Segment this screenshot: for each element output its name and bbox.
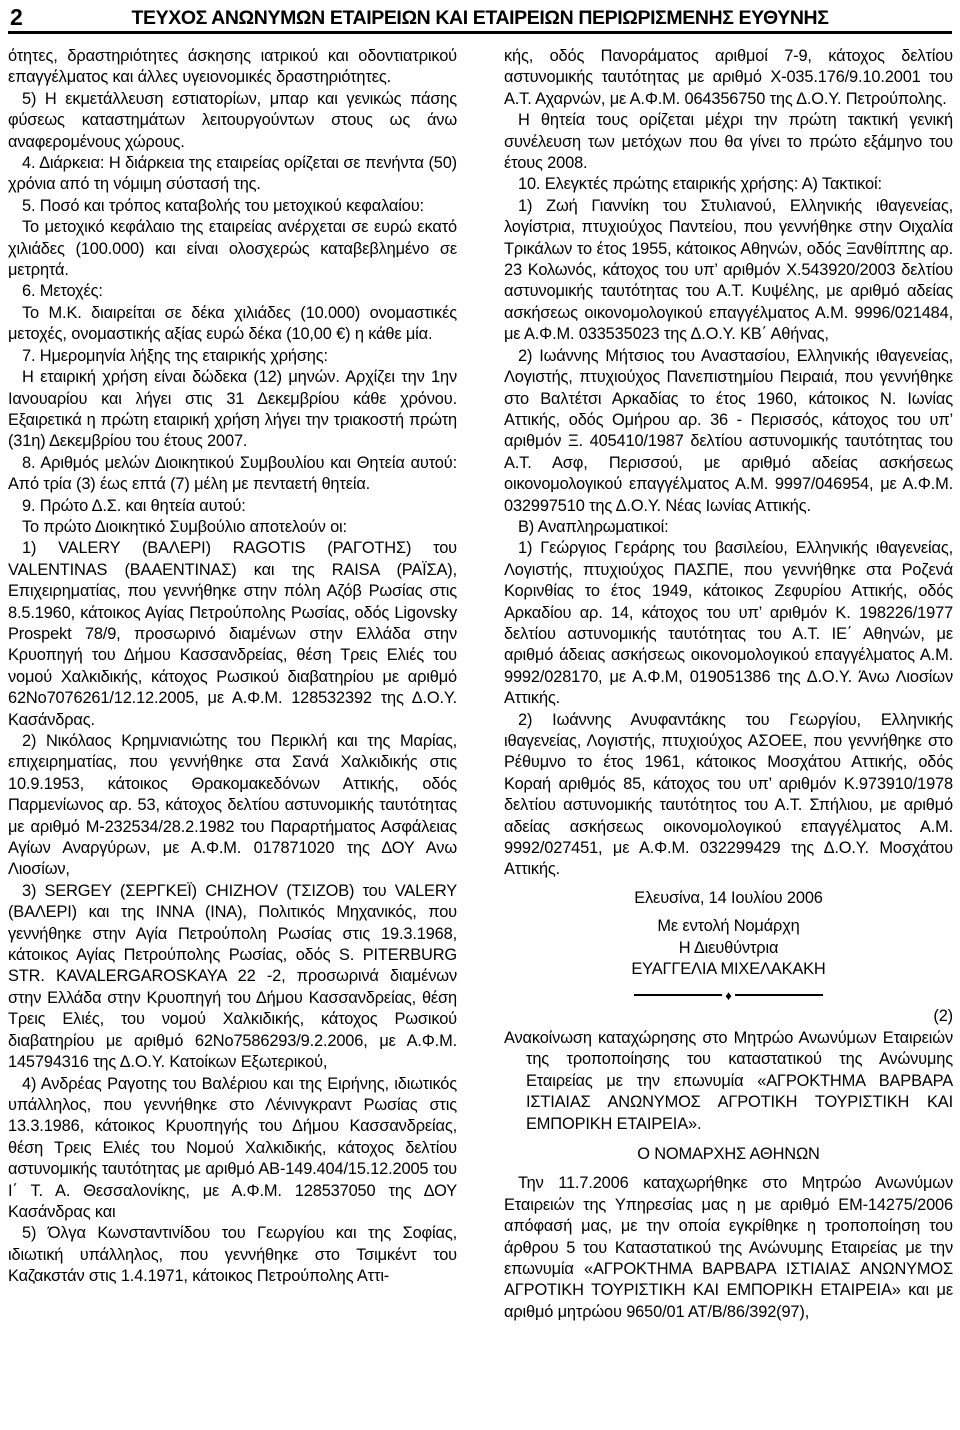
board-member-entry: 5) Όλγα Κωνσταντινίδου του Γεωργίου και … (8, 1223, 457, 1287)
left-column: ότητες, δραστηριότητες άσκησης ιατρικού … (8, 46, 457, 1430)
paragraph: Β) Αναπληρωματικοί: (504, 517, 953, 538)
signature-role: Η Διευθύντρια (504, 938, 953, 959)
board-member-entry: 1) VALERY (ΒΑΛΕΡΙ) RAGOTIS (ΡΑΓΟΤΗΣ) του… (8, 538, 457, 731)
signature-authority: Με εντολή Νομάρχη (504, 916, 953, 937)
paragraph: ότητες, δραστηριότητες άσκησης ιατρικού … (8, 46, 457, 89)
paragraph: Το Μ.Κ. διαιρείται σε δέκα χιλιάδες (10.… (8, 303, 457, 346)
section-heading: Ο ΝΟΜΑΡΧΗΣ ΑΘΗΝΩΝ (504, 1144, 953, 1165)
paragraph: Την 11.7.2006 καταχωρήθηκε στο Μητρώο Αν… (504, 1173, 953, 1323)
header-rule (8, 31, 952, 34)
paragraph: 5. Ποσό και τρόπος καταβολής του μετοχικ… (8, 196, 457, 217)
entry-number: (2) (504, 1006, 953, 1027)
paragraph: 4. Διάρκεια: Η διάρκεια της εταιρείας ορ… (8, 153, 457, 196)
board-member-entry: 4) Ανδρέας Ραγοτης του Βαλέριου και της … (8, 1074, 457, 1224)
page-title: ΤΕΥΧΟΣ ΑΝΩΝΥΜΩΝ ΕΤΑΙΡΕΙΩΝ ΚΑΙ ΕΤΑΙΡΕΙΩΝ … (8, 3, 952, 30)
auditor-entry: 1) Γεώργιος Γεράρης του βασιλείου, Ελλην… (504, 538, 953, 709)
paragraph: Η εταιρική χρήση είναι δώδεκα (12) μηνών… (8, 367, 457, 453)
board-member-entry: 3) SERGEY (ΣΕΡΓΚΕΪ) CHIZHOV (ΤΣΙΖΟΒ) του… (8, 881, 457, 1074)
right-column: κής, οδός Πανοράματος αριθμοί 7-9, κάτοχ… (504, 46, 953, 1430)
text-columns: ότητες, δραστηριότητες άσκησης ιατρικού … (8, 46, 952, 1430)
paragraph: Η θητεία τους ορίζεται μέχρι την πρώτη τ… (504, 110, 953, 174)
divider-line (634, 994, 722, 996)
auditor-entry: 2) Ιωάννης Ανυφαντάκης του Γεωργίου, Ελλ… (504, 710, 953, 881)
divider-line (735, 994, 823, 996)
diamond-icon: ♦ (725, 989, 731, 1002)
paragraph: κής, οδός Πανοράματος αριθμοί 7-9, κάτοχ… (504, 46, 953, 110)
paragraph: Το πρώτο Διοικητικό Συμβούλιο αποτελούν … (8, 517, 457, 538)
auditor-entry: 1) Ζωή Γιαννίκη του Στυλιανού, Ελληνικής… (504, 196, 953, 346)
paragraph: Το μετοχικό κεφάλαιο της εταιρείας ανέρχ… (8, 217, 457, 281)
page-number: 2 (10, 4, 23, 31)
section-divider: ♦ (504, 988, 953, 1002)
paragraph: 6. Μετοχές: (8, 281, 457, 302)
page-header: 2 ΤΕΥΧΟΣ ΑΝΩΝΥΜΩΝ ΕΤΑΙΡΕΙΩΝ ΚΑΙ ΕΤΑΙΡΕΙΩ… (8, 3, 952, 31)
paragraph: 9. Πρώτο Δ.Σ. και θητεία αυτού: (8, 496, 457, 517)
paragraph: 7. Ημερομηνία λήξης της εταιρικής χρήσης… (8, 346, 457, 367)
signature-name: ΕΥΑΓΓΕΛΙΑ ΜΙΧΕΛΑΚΑΚΗ (504, 959, 953, 980)
paragraph: 10. Ελεγκτές πρώτης εταιρικής χρήσης: Α)… (504, 174, 953, 195)
auditor-entry: 2) Ιωάννης Μήτσιος του Αναστασίου, Ελλην… (504, 346, 953, 517)
board-member-entry: 2) Νικόλαος Κρημνιανιώτης του Περικλή κα… (8, 731, 457, 881)
paragraph: 8. Αριθμός μελών Διοικητικού Συμβουλίου … (8, 453, 457, 496)
gazette-page: 2 ΤΕΥΧΟΣ ΑΝΩΝΥΜΩΝ ΕΤΑΙΡΕΙΩΝ ΚΑΙ ΕΤΑΙΡΕΙΩ… (0, 0, 960, 1430)
signature-place-date: Ελευσίνα, 14 Ιουλίου 2006 (504, 888, 953, 909)
announcement-title: Ανακοίνωση καταχώρησης στο Μητρώο Ανωνύμ… (504, 1028, 953, 1135)
paragraph: 5) Η εκμετάλλευση εστιατορίων, μπαρ και … (8, 89, 457, 153)
